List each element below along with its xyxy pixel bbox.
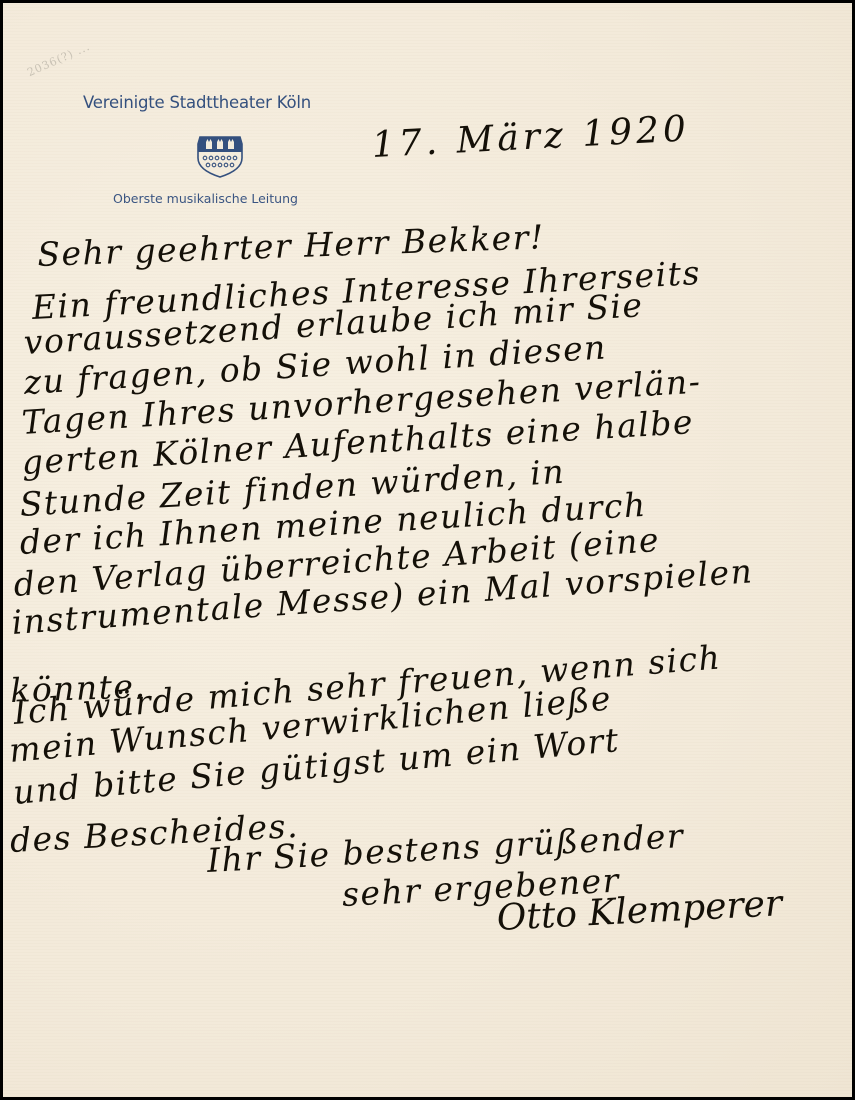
letterhead-subtitle: Oberste musikalische Leitung (113, 191, 298, 206)
archive-pencil-note: 2036(?) ... (25, 40, 92, 79)
letter-page: 2036(?) ... Vereinigte Stadttheater Köln… (3, 3, 852, 1097)
letter-date: 17. März 1920 (371, 108, 691, 166)
letterhead-title: Vereinigte Stadttheater Köln (83, 93, 311, 112)
cologne-coat-of-arms-icon (197, 134, 243, 178)
